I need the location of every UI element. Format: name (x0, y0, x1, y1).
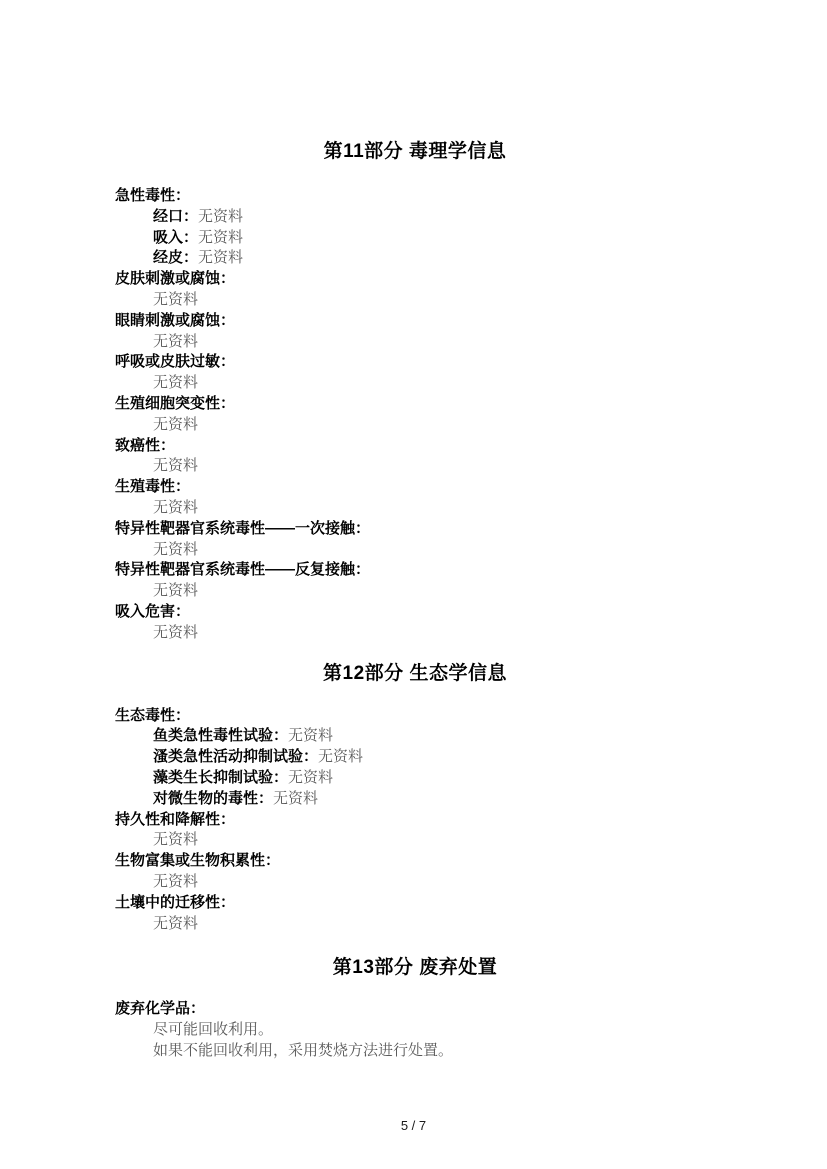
field-row: 吸入：无资料 (115, 228, 715, 249)
field-value: 无资料 (153, 541, 198, 558)
field-value: 无资料 (153, 457, 198, 474)
field-label: 吸入危害： (115, 603, 190, 620)
field-label: 皮肤刺激或腐蚀： (115, 270, 235, 287)
field-row: 生殖毒性： (115, 477, 715, 498)
field-row: 无资料 (115, 332, 715, 353)
field-row: 无资料 (115, 581, 715, 602)
field-label: 生态毒性： (115, 707, 190, 724)
field-value: 如果不能回收利用，采用焚烧方法进行处置。 (153, 1042, 453, 1059)
field-label: 生物富集或生物积累性： (115, 852, 280, 869)
field-row: 生殖细胞突变性： (115, 394, 715, 415)
field-row: 无资料 (115, 290, 715, 311)
field-value: 无资料 (288, 727, 333, 744)
field-label: 特异性靶器官系统毒性——一次接触： (115, 520, 370, 537)
field-label: 特异性靶器官系统毒性——反复接触： (115, 561, 370, 578)
field-value: 无资料 (198, 249, 243, 266)
field-row: 无资料 (115, 540, 715, 561)
field-value: 无资料 (153, 582, 198, 599)
field-label: 生殖毒性： (115, 478, 190, 495)
field-row: 眼睛刺激或腐蚀： (115, 311, 715, 332)
field-label: 持久性和降解性： (115, 811, 235, 828)
field-label: 呼吸或皮肤过敏： (115, 353, 235, 370)
field-row: 致癌性： (115, 436, 715, 457)
field-row: 尽可能回收利用。 (115, 1020, 715, 1041)
field-row: 持久性和降解性： (115, 810, 715, 831)
field-value: 无资料 (153, 374, 198, 391)
field-row: 经口：无资料 (115, 207, 715, 228)
field-value: 无资料 (318, 748, 363, 765)
field-label: 鱼类急性毒性试验： (153, 727, 288, 744)
field-row: 呼吸或皮肤过敏： (115, 352, 715, 373)
field-row: 鱼类急性毒性试验：无资料 (115, 726, 715, 747)
field-row: 特异性靶器官系统毒性——一次接触： (115, 519, 715, 540)
field-value: 无资料 (273, 790, 318, 807)
section-11: 第11部分 毒理学信息急性毒性：经口：无资料吸入：无资料经皮：无资料皮肤刺激或腐… (115, 139, 715, 644)
field-value: 无资料 (153, 915, 198, 932)
field-label: 溞类急性活动抑制试验： (153, 748, 318, 765)
field-label: 吸入： (153, 229, 198, 246)
field-row: 藻类生长抑制试验：无资料 (115, 768, 715, 789)
field-row: 如果不能回收利用，采用焚烧方法进行处置。 (115, 1041, 715, 1062)
section-title: 第11部分 毒理学信息 (115, 139, 715, 164)
field-value: 无资料 (153, 831, 198, 848)
section-13: 第13部分 废弃处置废弃化学品：尽可能回收利用。如果不能回收利用，采用焚烧方法进… (115, 955, 715, 1061)
field-value: 无资料 (198, 229, 243, 246)
sections: 第11部分 毒理学信息急性毒性：经口：无资料吸入：无资料经皮：无资料皮肤刺激或腐… (115, 0, 715, 1062)
field-row: 生物富集或生物积累性： (115, 851, 715, 872)
field-row: 急性毒性： (115, 186, 715, 207)
field-label: 对微生物的毒性： (153, 790, 273, 807)
section-title: 第13部分 废弃处置 (115, 955, 715, 980)
field-value: 无资料 (153, 291, 198, 308)
field-row: 经皮：无资料 (115, 248, 715, 269)
field-row: 生态毒性： (115, 706, 715, 727)
field-row: 无资料 (115, 415, 715, 436)
section-title: 第12部分 生态学信息 (115, 661, 715, 686)
field-row: 皮肤刺激或腐蚀： (115, 269, 715, 290)
field-value: 无资料 (153, 499, 198, 516)
field-row: 特异性靶器官系统毒性——反复接触： (115, 560, 715, 581)
field-row: 无资料 (115, 456, 715, 477)
field-label: 废弃化学品： (115, 1000, 205, 1017)
section-12: 第12部分 生态学信息生态毒性：鱼类急性毒性试验：无资料溞类急性活动抑制试验：无… (115, 661, 715, 935)
field-label: 经皮： (153, 249, 198, 266)
field-label: 眼睛刺激或腐蚀： (115, 312, 235, 329)
field-value: 无资料 (153, 333, 198, 350)
field-row: 废弃化学品： (115, 999, 715, 1020)
field-row: 无资料 (115, 498, 715, 519)
field-row: 无资料 (115, 830, 715, 851)
field-value: 无资料 (288, 769, 333, 786)
field-label: 致癌性： (115, 437, 175, 454)
field-label: 土壤中的迁移性： (115, 894, 235, 911)
field-label: 急性毒性： (115, 187, 190, 204)
field-row: 对微生物的毒性：无资料 (115, 789, 715, 810)
field-label: 生殖细胞突变性： (115, 395, 235, 412)
field-value: 尽可能回收利用。 (153, 1021, 273, 1038)
field-value: 无资料 (153, 624, 198, 641)
field-row: 无资料 (115, 373, 715, 394)
field-row: 溞类急性活动抑制试验：无资料 (115, 747, 715, 768)
field-row: 土壤中的迁移性： (115, 893, 715, 914)
field-row: 无资料 (115, 914, 715, 935)
field-label: 藻类生长抑制试验： (153, 769, 288, 786)
field-row: 无资料 (115, 623, 715, 644)
field-label: 经口： (153, 208, 198, 225)
field-row: 吸入危害： (115, 602, 715, 623)
field-value: 无资料 (153, 873, 198, 890)
field-value: 无资料 (153, 416, 198, 433)
field-value: 无资料 (198, 208, 243, 225)
page-number: 5 / 7 (0, 1118, 827, 1134)
document-page: 第11部分 毒理学信息急性毒性：经口：无资料吸入：无资料经皮：无资料皮肤刺激或腐… (0, 0, 827, 1169)
field-row: 无资料 (115, 872, 715, 893)
